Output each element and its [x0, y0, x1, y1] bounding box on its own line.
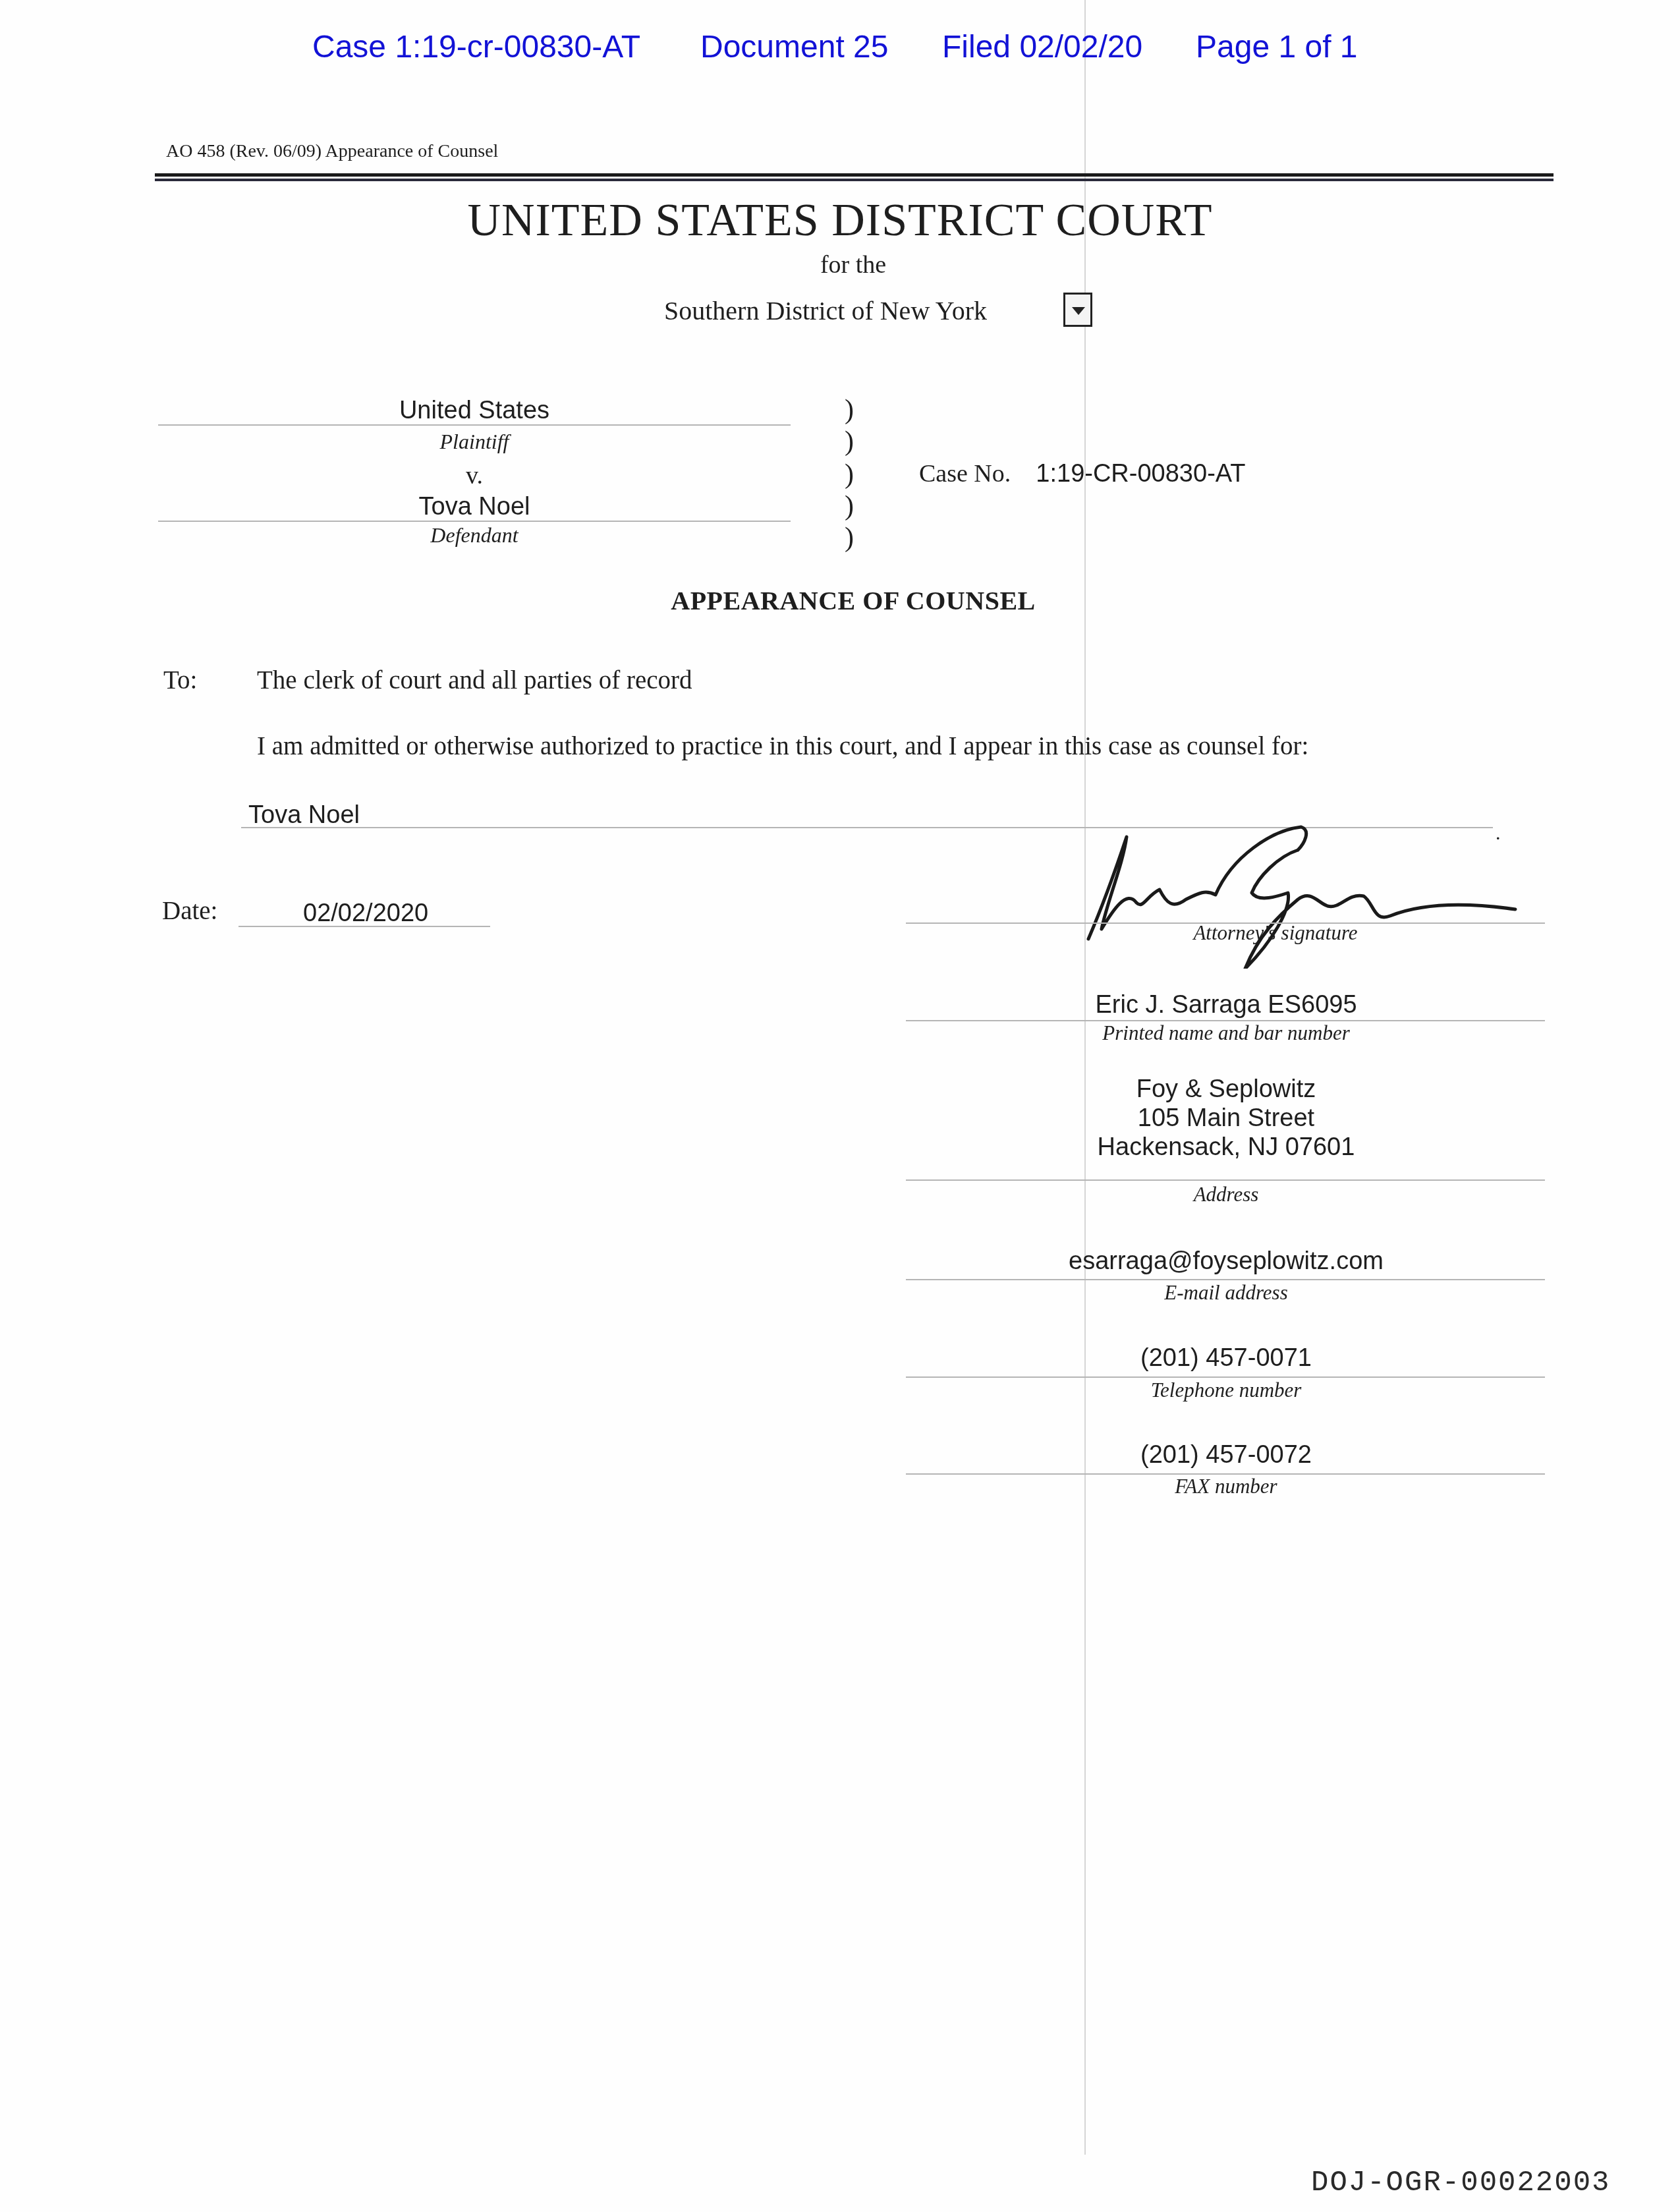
- case-number-field: Case No.1:19-CR-00830-AT: [919, 459, 1246, 488]
- printed-name-label: Printed name and bar number: [907, 1021, 1546, 1045]
- printed-name-field[interactable]: Eric J. Sarraga ES6095: [907, 991, 1546, 1019]
- signature-label: Attorney's signature: [907, 921, 1644, 945]
- date-label: Date:: [162, 896, 217, 926]
- address-line-1[interactable]: Foy & Seplowitz: [907, 1075, 1546, 1104]
- court-title: UNITED STATES DISTRICT COURT: [0, 194, 1680, 247]
- telephone-label: Telephone number: [907, 1378, 1546, 1402]
- date-field[interactable]: 02/02/2020: [303, 899, 428, 928]
- bates-number: DOJ-OGR-00022003: [1311, 2167, 1610, 2199]
- date-line: [238, 926, 490, 927]
- email-label: E-mail address: [907, 1281, 1546, 1305]
- ecf-page-count: Page 1 of 1: [1196, 29, 1358, 65]
- defendant-line: [158, 521, 791, 522]
- caption-bracket: ): [845, 394, 854, 426]
- header-rule: [155, 173, 1554, 177]
- to-recipients: The clerk of court and all parties of re…: [257, 666, 692, 695]
- defendant-label: Defendant: [155, 523, 794, 548]
- district-select-value[interactable]: Southern District of New York: [664, 295, 987, 326]
- ecf-header: Case 1:19-cr-00830-AT Document 25 Filed …: [0, 29, 1680, 69]
- defendant-name: Tova Noel: [155, 493, 794, 521]
- telephone-field[interactable]: (201) 457-0071: [907, 1344, 1546, 1373]
- address-line: [906, 1179, 1545, 1181]
- ecf-document-number: Document 25: [700, 29, 889, 65]
- caption-bracket: ): [845, 459, 854, 490]
- email-line: [906, 1279, 1545, 1280]
- document-heading: APPEARANCE OF COUNSEL: [0, 585, 1680, 616]
- plaintiff-name: United States: [155, 397, 794, 425]
- caption-bracket: ): [845, 490, 854, 522]
- ecf-case-number: Case 1:19-cr-00830-AT: [312, 29, 640, 65]
- case-number-value[interactable]: 1:19-CR-00830-AT: [1036, 460, 1245, 488]
- versus-text: v.: [155, 461, 794, 490]
- plaintiff-label: Plaintiff: [155, 430, 794, 454]
- fax-field[interactable]: (201) 457-0072: [907, 1441, 1546, 1469]
- plaintiff-line: [158, 424, 791, 426]
- email-field[interactable]: esarraga@foyseplowitz.com: [907, 1247, 1546, 1276]
- form-identifier: AO 458 (Rev. 06/09) Appearance of Counse…: [166, 141, 498, 162]
- caption-bracket: ): [845, 522, 854, 553]
- header-rule: [155, 179, 1554, 181]
- caption-bracket: ): [845, 426, 854, 457]
- signature-image: [1080, 817, 1528, 969]
- client-name-field[interactable]: Tova Noel: [248, 801, 360, 830]
- case-number-label: Case No.: [919, 460, 1011, 488]
- address-label: Address: [907, 1183, 1546, 1206]
- dropdown-arrow-icon[interactable]: [1063, 293, 1092, 327]
- fax-label: FAX number: [907, 1475, 1546, 1498]
- to-label: To:: [163, 666, 197, 695]
- appearance-statement: I am admitted or otherwise authorized to…: [257, 731, 1308, 761]
- address-line-3[interactable]: Hackensack, NJ 07601: [907, 1133, 1546, 1162]
- telephone-line: [906, 1376, 1545, 1378]
- ecf-filed-date: Filed 02/02/20: [942, 29, 1142, 65]
- for-the-text: for the: [0, 250, 1680, 279]
- address-line-2[interactable]: 105 Main Street: [907, 1104, 1546, 1133]
